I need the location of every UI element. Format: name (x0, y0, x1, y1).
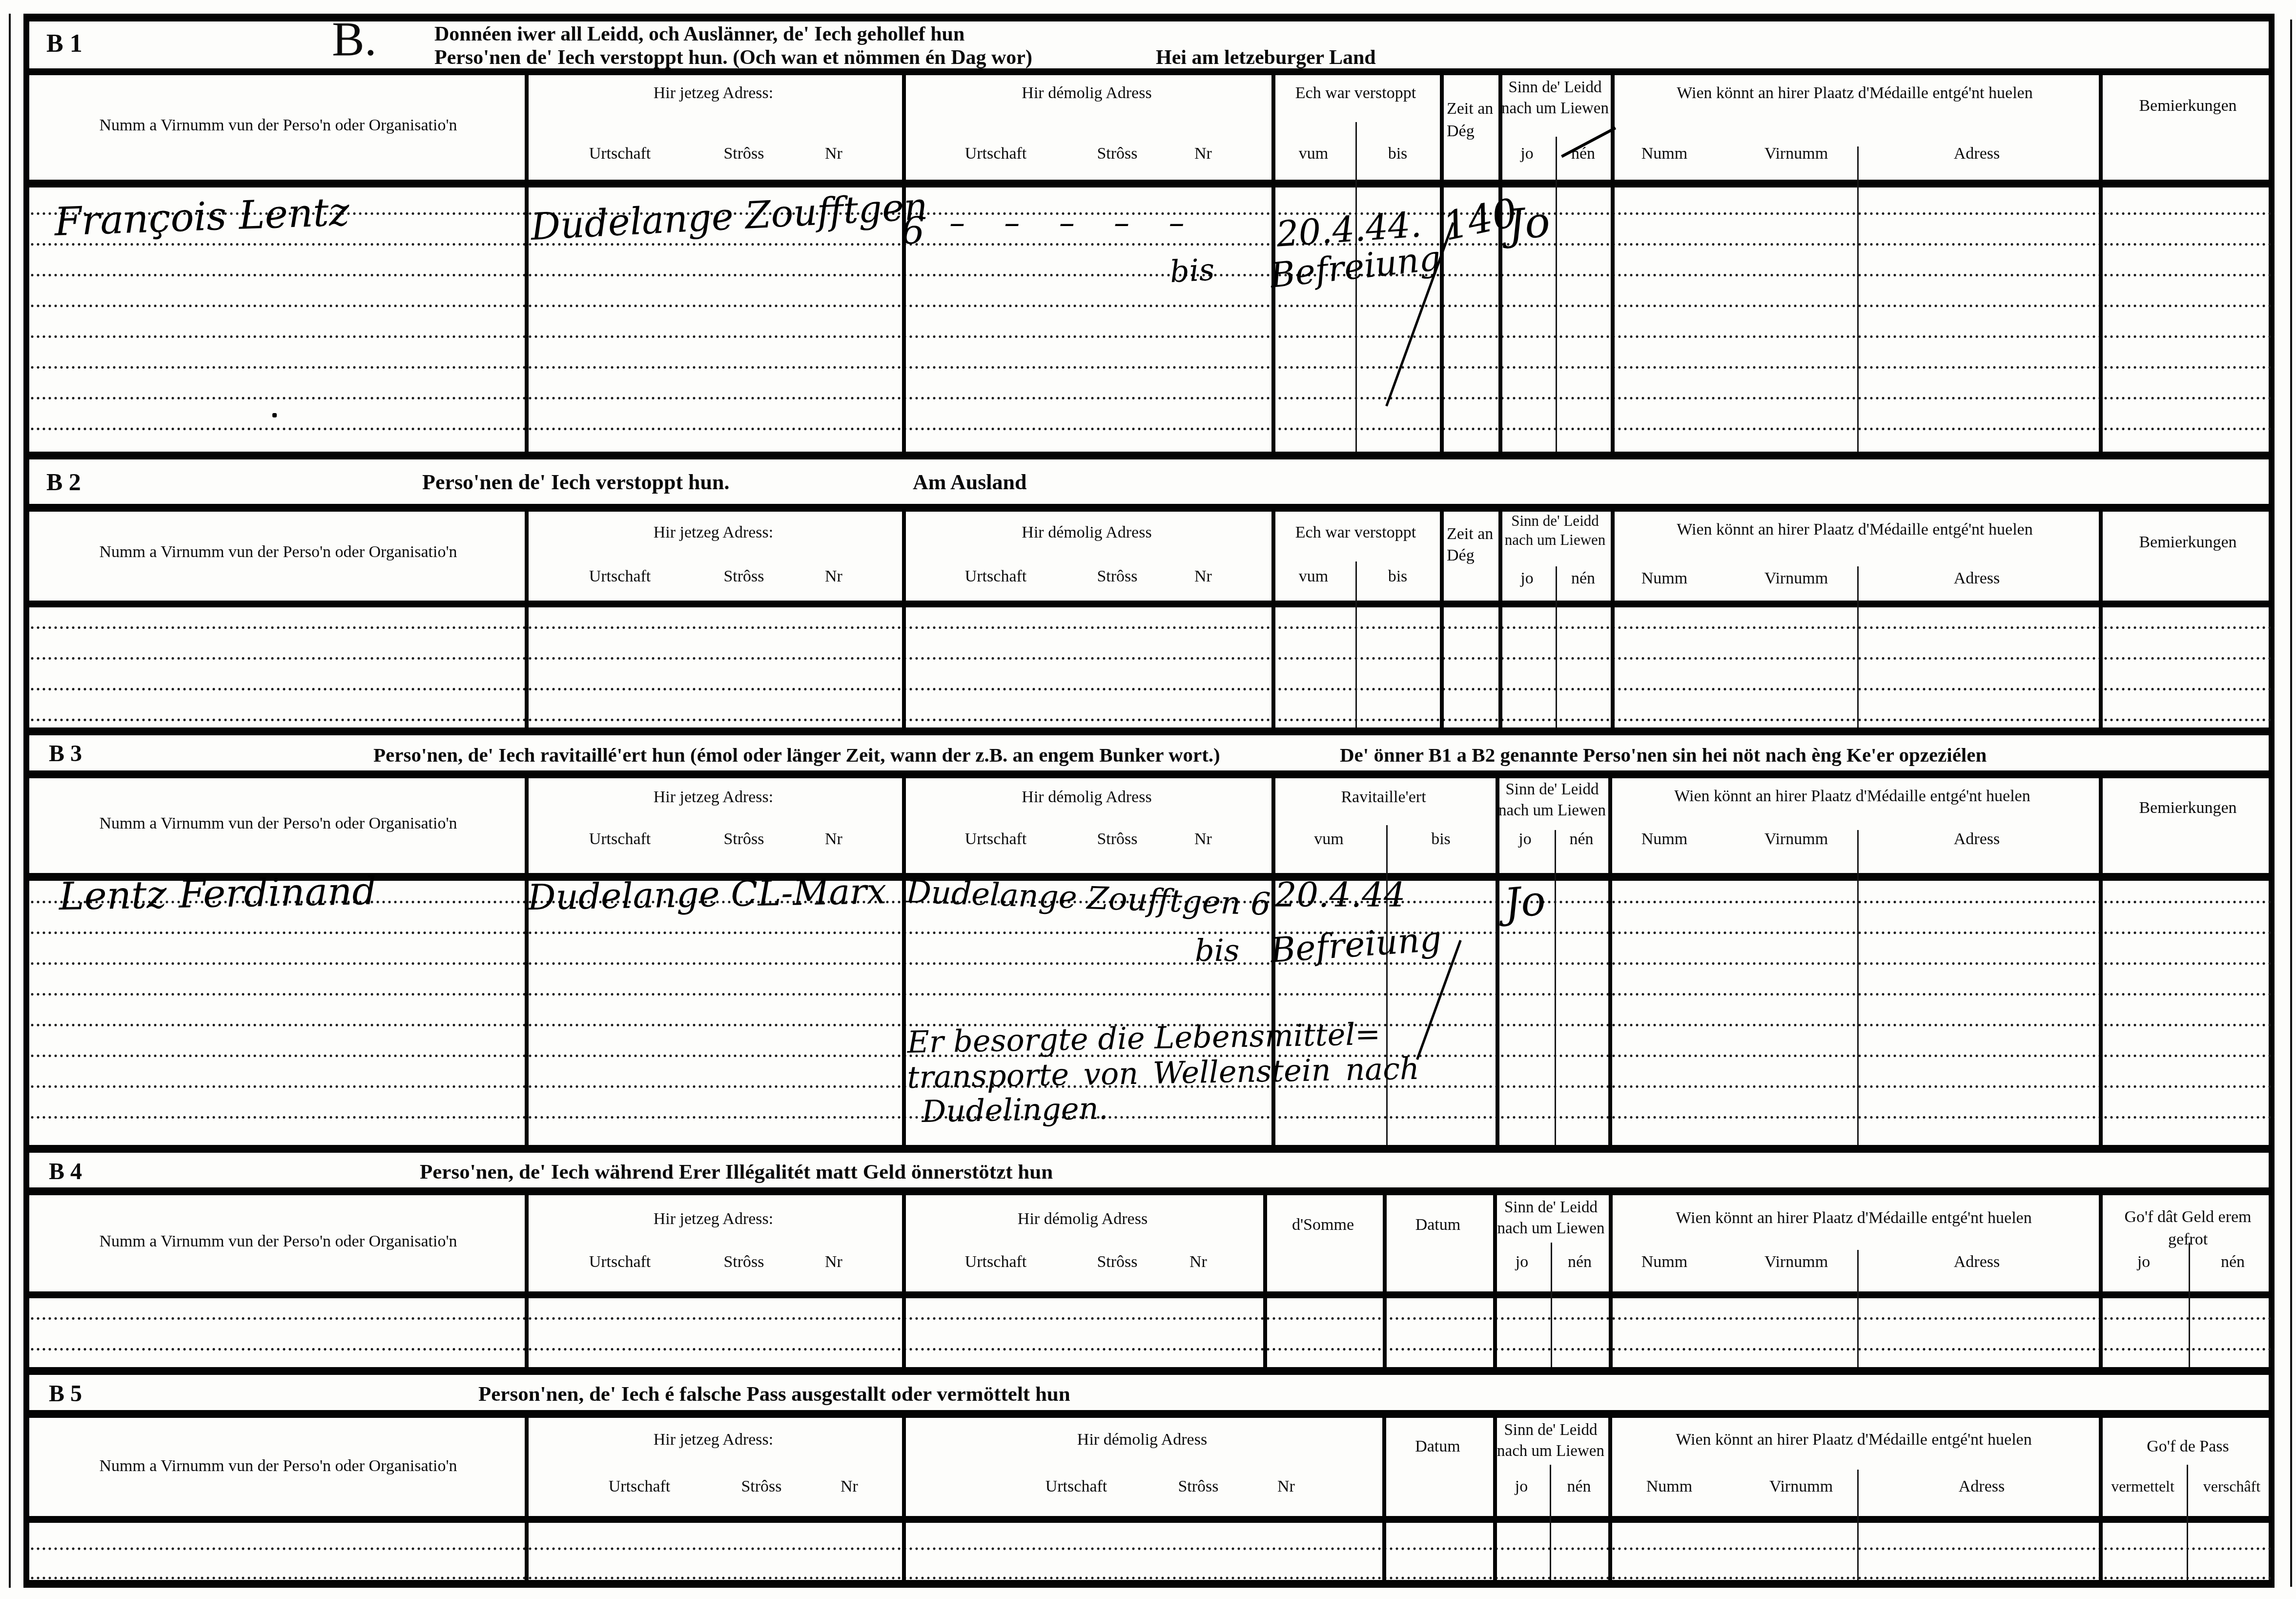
b1-col-jetzeg-adress: Hir jetzeg Adress: (525, 84, 902, 103)
b3-col-numm-org: Numm a Virnumm vun der Perso'n oder Orga… (34, 814, 522, 833)
b1-entry-dashes: – – – – – (949, 205, 1184, 241)
b5-wien-adress: Adress (1928, 1477, 2035, 1496)
b3-entry-liewen-jo: Jo (1502, 876, 1547, 928)
b5-wien-numm: Numm (1630, 1477, 1708, 1496)
b3-entry-bis-word: bis (1195, 933, 1239, 968)
b5-col-gof-de-pass: Go'f de Pass (2099, 1437, 2277, 1456)
b1-jetzeg-nr: Nr (814, 145, 853, 163)
b4-ruled-rows (29, 1298, 2275, 1367)
b5-sinn-jo: jo (1493, 1477, 1550, 1496)
b3-demolig-stross: Strôss (1083, 830, 1151, 849)
b5-demolig-stross: Strôss (1164, 1477, 1232, 1496)
b1-virnumm-adress-divider (1857, 146, 1859, 452)
b3-col-demolig-adress: Hir démolig Adress (902, 788, 1271, 807)
b3-col-line (1496, 770, 1499, 1145)
b1-col-demolig-adress: Hir démolig Adress (902, 84, 1271, 103)
b2-sinn-jo: jo (1498, 569, 1556, 588)
b5-top-line (23, 1367, 2275, 1375)
b4-geld-jo: jo (2099, 1253, 2189, 1271)
b3-jetzeg-nr: Nr (814, 830, 853, 849)
b2-demolig-nr: Nr (1184, 567, 1223, 586)
b3-title2: De' önner B1 a B2 genannte Perso'nen sin… (1340, 743, 1987, 767)
b3-col-line (902, 770, 906, 1145)
b5-col-numm-org: Numm a Virnumm vun der Perso'n oder Orga… (34, 1457, 522, 1475)
b2-col-numm-org: Numm a Virnumm vun der Perso'n oder Orga… (34, 543, 522, 561)
b4-sinn-nen: nén (1551, 1253, 1609, 1271)
b2-top-line (23, 452, 2275, 459)
b4-demolig-urtschaft: Urtschaft (942, 1253, 1049, 1271)
b3-ravitailleert-bis: bis (1386, 830, 1496, 849)
b4-title: Perso'nen, de' Iech während Erer Illégal… (420, 1160, 1053, 1184)
b1-demolig-stross: Strôss (1083, 145, 1151, 163)
b4-jetzeg-nr: Nr (814, 1253, 853, 1271)
b1-col-line (902, 68, 906, 452)
b4-col-line (1609, 1187, 1613, 1367)
b5-virnumm-adress-divider (1857, 1470, 1859, 1580)
b4-header-top-line (23, 1187, 2275, 1195)
b5-col-demolig-adress: Hir démolig Adress (902, 1431, 1382, 1449)
ink-speck (272, 413, 277, 417)
b5-pass-vermettelt: vermettelt (2099, 1477, 2187, 1495)
b2-vum-bis-divider (1355, 561, 1357, 727)
b4-col-jetzeg-adress: Hir jetzeg Adress: (525, 1210, 902, 1228)
b3-col-ravitailleert: Ravitaille'ert (1271, 788, 1496, 807)
b3-col-line (525, 770, 529, 1145)
b2-wien-virnumm: Virnumm (1752, 569, 1840, 588)
b4-jetzeg-urtschaft: Urtschaft (566, 1253, 674, 1271)
b4-virnumm-adress-divider (1857, 1250, 1859, 1367)
b1-col-line (1498, 68, 1502, 452)
b2-col-zeit-an-deg: Zeit an Dég (1447, 523, 1496, 566)
section-b1-id: B 1 (46, 29, 82, 58)
b5-ruled-rows (29, 1523, 2275, 1580)
b3-jetzeg-stross: Strôss (710, 830, 778, 849)
b3-col-sinn-de-leidd: Sinn de' Leidd nach um Liewen (1497, 779, 1607, 821)
b3-jo-nen-divider (1555, 830, 1556, 1145)
b5-pass-verschaft: verschâft (2187, 1477, 2277, 1495)
b1-col-zeit-an-deg: Zeit an Dég (1447, 98, 1496, 143)
b2-sinn-nen: nén (1556, 569, 1611, 588)
b2-col-bemierkungen: Bemierkungen (2099, 533, 2277, 552)
b2-jetzeg-nr: Nr (814, 567, 853, 586)
b3-wien-numm: Numm (1625, 830, 1703, 849)
b4-col-line (1263, 1187, 1267, 1367)
b2-verstoppt-vum: vum (1271, 567, 1355, 586)
b4-col-gof-dat-geld: Go'f dât Geld erem gefrot (2104, 1206, 2272, 1251)
b1-col-bemierkungen: Bemierkungen (2099, 97, 2277, 115)
frame-left-thin-line (9, 14, 11, 1588)
b5-sinn-nen: nén (1550, 1477, 1608, 1496)
b2-title: Perso'nen de' Iech verstoppt hun. (422, 470, 729, 495)
b3-note-line3: Dudelingen. (922, 1090, 1108, 1129)
b5-header-bottom-line (23, 1516, 2275, 1523)
b3-sinn-nen: nén (1555, 830, 1608, 849)
b5-header-top-line (23, 1410, 2275, 1418)
b3-sinn-jo: jo (1496, 830, 1555, 849)
b4-wien-virnumm: Virnumm (1752, 1253, 1840, 1271)
b3-entry-name: Lentz Ferdinand (59, 870, 377, 919)
section-b5-id: B 5 (49, 1380, 82, 1407)
b5-col-line (1382, 1410, 1386, 1580)
frame-left-line (23, 14, 29, 1587)
b2-col-demolig-adress: Hir démolig Adress (902, 523, 1271, 542)
b5-col-jetzeg-adress: Hir jetzeg Adress: (525, 1431, 902, 1449)
b1-title-line1: Donnéen iwer all Leidd, och Auslänner, d… (434, 22, 964, 46)
b1-sinn-jo: jo (1498, 145, 1556, 163)
section-b2-id: B 2 (46, 468, 81, 496)
b1-header-top-line (23, 68, 2275, 75)
b3-top-line (23, 727, 2275, 735)
b4-wien-adress: Adress (1923, 1253, 2030, 1271)
b2-jo-nen-divider (1556, 566, 1557, 727)
b2-header-bottom-line (23, 601, 2275, 607)
b1-title-line2-right: Hei am letzeburger Land (1156, 46, 1376, 69)
b1-entry-liewen-jo: Jo (1506, 197, 1552, 249)
b3-wien-virnumm: Virnumm (1752, 830, 1840, 849)
b2-wien-numm: Numm (1625, 569, 1703, 588)
b4-col-sinn-de-leidd: Sinn de' Leidd nach um Liewen (1495, 1197, 1607, 1239)
b3-col-line (1608, 770, 1612, 1145)
b3-col-bemierkungen: Bemierkungen (2099, 799, 2277, 817)
section-b4-id: B 4 (49, 1158, 82, 1185)
b5-col-datum: Datum (1382, 1437, 1493, 1456)
b4-col-demolig-adress: Hir démolig Adress (902, 1210, 1263, 1228)
b1-verstoppt-vum: vum (1271, 145, 1355, 163)
b1-entry-bis-word: bis (1169, 251, 1215, 290)
b3-col-line (2099, 770, 2103, 1145)
b4-geld-nen: nén (2189, 1253, 2277, 1271)
b4-col-numm-org: Numm a Virnumm vun der Perso'n oder Orga… (34, 1232, 522, 1251)
b4-header-bottom-line (23, 1291, 2275, 1298)
b1-demolig-nr: Nr (1184, 145, 1223, 163)
b2-ruled-rows (29, 607, 2275, 727)
b4-demolig-stross: Strôss (1083, 1253, 1151, 1271)
b1-col-numm-org: Numm a Virnumm vun der Perso'n oder Orga… (34, 116, 522, 135)
b4-col-datum: Datum (1383, 1216, 1493, 1234)
frame-bottom-line (23, 1580, 2275, 1588)
b2-col-wien-konnt: Wien könnt an hirer Plaatz d'Médaille en… (1640, 519, 2070, 541)
b5-col-line (1608, 1410, 1612, 1580)
b3-ravitailleert-vum: vum (1271, 830, 1386, 849)
b2-col-line (1440, 504, 1444, 727)
b2-col-line (1611, 504, 1615, 727)
b5-wien-virnumm: Virnumm (1757, 1477, 1845, 1496)
b4-jetzeg-stross: Strôss (710, 1253, 778, 1271)
b3-demolig-nr: Nr (1184, 830, 1223, 849)
b3-demolig-urtschaft: Urtschaft (942, 830, 1049, 849)
b2-col-sinn-de-leidd: Sinn de' Leidd nach um Liewen (1501, 512, 1609, 550)
b4-demolig-nr: Nr (1179, 1253, 1218, 1271)
b1-title-line2: Perso'nen de' Iech verstoppt hun. (Och w… (434, 46, 1032, 69)
b1-wien-numm: Numm (1625, 145, 1703, 163)
b1-col-verstoppt: Ech war verstoppt (1271, 84, 1440, 103)
b3-entry-ravitailleert-vum: 20.4.44 (1275, 875, 1405, 915)
b1-col-line (2099, 68, 2103, 452)
b3-header-top-line (23, 770, 2275, 778)
b4-col-line (1383, 1187, 1387, 1367)
b2-demolig-urtschaft: Urtschaft (942, 567, 1049, 586)
b5-col-sinn-de-leidd: Sinn de' Leidd nach um Liewen (1495, 1420, 1607, 1462)
b1-jetzeg-stross: Strôss (710, 145, 778, 163)
b2-jetzeg-urtschaft: Urtschaft (566, 567, 674, 586)
b4-col-wien-konnt: Wien könnt an hirer Plaatz d'Médaille en… (1639, 1207, 2069, 1229)
b2-verstoppt-bis: bis (1355, 567, 1440, 586)
b3-title: Perso'nen, de' Iech ravitaillé'ert hun (… (373, 743, 1220, 767)
b5-jetzeg-nr: Nr (830, 1477, 869, 1496)
b1-col-line (1611, 68, 1615, 452)
scanned-form-page: B 1 B. Donnéen iwer all Leidd, och Auslä… (0, 0, 2296, 1599)
b2-col-jetzeg-adress: Hir jetzeg Adress: (525, 523, 902, 542)
b3-entry-jetzeg-adress: Dudelange CL-Marx (527, 871, 887, 918)
b4-col-dsomme: d'Somme (1263, 1216, 1383, 1234)
b3-jetzeg-urtschaft: Urtschaft (566, 830, 674, 849)
b3-vum-bis-divider (1386, 825, 1388, 1145)
b5-demolig-urtschaft: Urtschaft (1023, 1477, 1130, 1496)
section-b1-big-letter: B. (332, 11, 377, 67)
b1-col-sinn-de-leidd: Sinn de' Leidd nach um Liewen (1501, 77, 1609, 119)
b3-virnumm-adress-divider (1857, 830, 1859, 1145)
b1-entry-demolig-nr: 6 (901, 209, 924, 252)
b3-ruled-rows (29, 881, 2275, 1145)
b1-col-wien-konnt: Wien könnt an hirer Plaatz d'Médaille en… (1640, 82, 2070, 104)
b5-jetzeg-stross: Strôss (727, 1477, 796, 1496)
b1-wien-virnumm: Virnumm (1752, 145, 1840, 163)
b2-wien-adress: Adress (1923, 569, 2030, 588)
frame-right-thin-line (2290, 20, 2292, 1587)
b4-top-line (23, 1145, 2275, 1153)
b3-wien-adress: Adress (1923, 830, 2030, 849)
b2-header-top-line (23, 504, 2275, 512)
b3-col-jetzeg-adress: Hir jetzeg Adress: (525, 788, 902, 807)
b1-col-line (525, 68, 529, 452)
b5-demolig-nr: Nr (1267, 1477, 1306, 1496)
b2-col-verstoppt: Ech war verstoppt (1271, 523, 1440, 542)
section-b3-id: B 3 (49, 740, 82, 767)
b1-jetzeg-urtschaft: Urtschaft (566, 145, 674, 163)
b5-title: Person'nen, de' Iech é falsche Pass ausg… (478, 1382, 1070, 1406)
b2-jetzeg-stross: Strôss (710, 567, 778, 586)
b3-col-wien-konnt: Wien könnt an hirer Plaatz d'Médaille en… (1638, 785, 2067, 808)
b4-sinn-jo: jo (1493, 1253, 1551, 1271)
b1-header-bottom-line (23, 180, 2275, 187)
b5-jetzeg-urtschaft: Urtschaft (586, 1477, 693, 1496)
b4-col-line (2099, 1187, 2103, 1367)
b4-wien-numm: Numm (1625, 1253, 1703, 1271)
b1-demolig-urtschaft: Urtschaft (942, 145, 1049, 163)
b5-col-wien-konnt: Wien könnt an hirer Plaatz d'Médaille en… (1639, 1429, 2069, 1451)
b1-jo-nen-divider (1556, 137, 1557, 452)
b1-wien-adress: Adress (1923, 145, 2030, 163)
b2-virnumm-adress-divider (1857, 566, 1859, 727)
b2-demolig-stross: Strôss (1083, 567, 1151, 586)
b2-title-right: Am Ausland (913, 470, 1027, 495)
b1-verstoppt-bis: bis (1355, 145, 1440, 163)
